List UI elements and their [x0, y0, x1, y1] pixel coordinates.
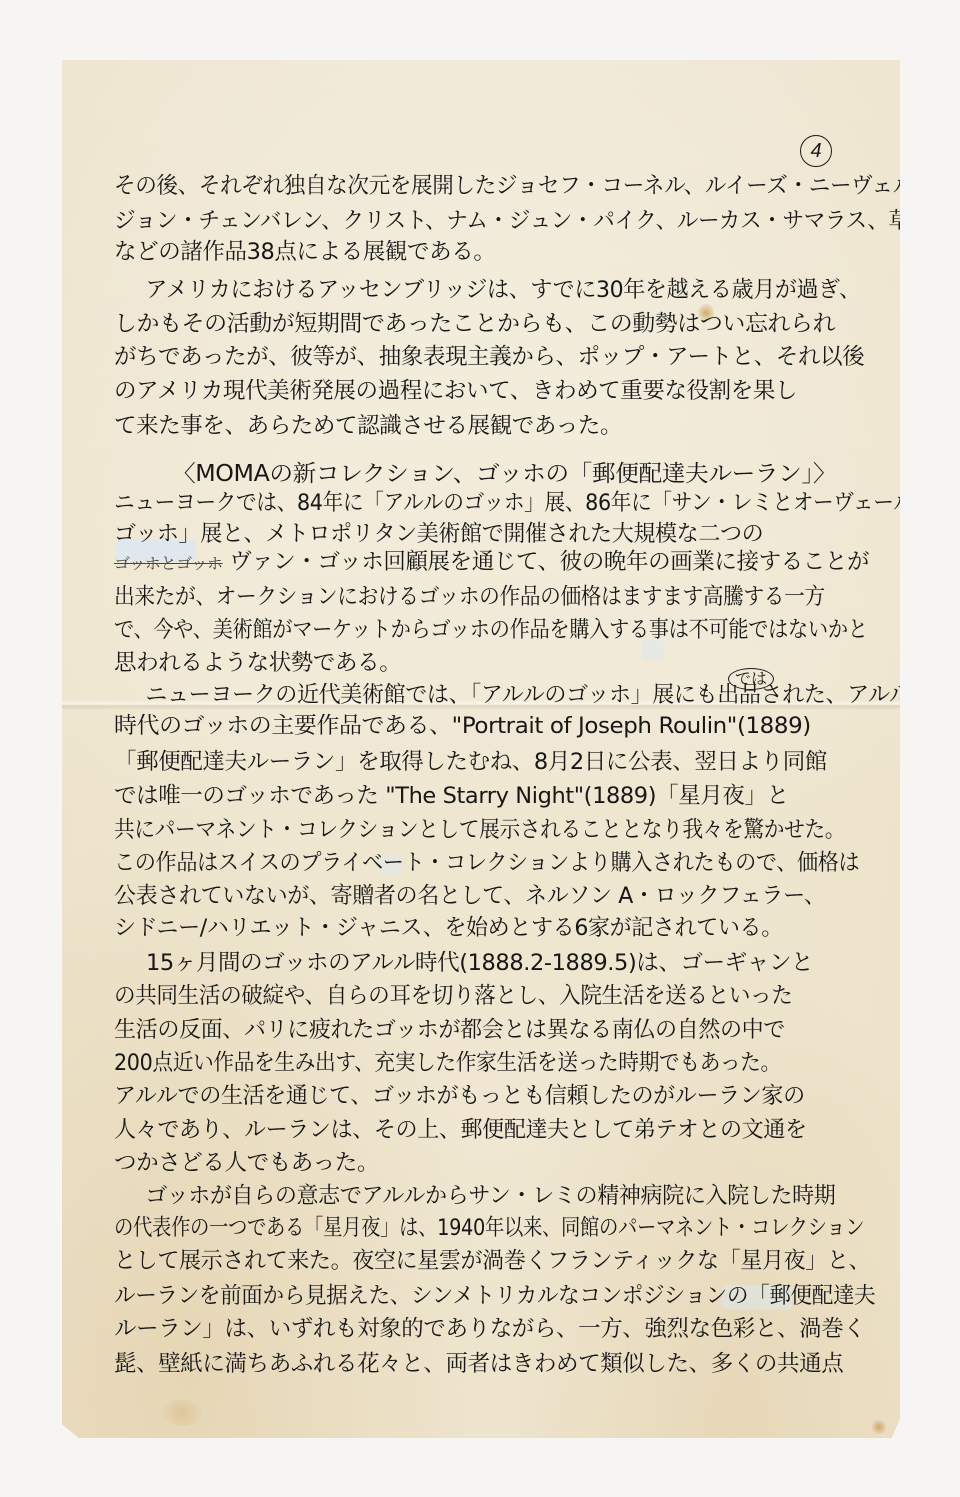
- text-line: として展示されて来た。夜空に星雲が渦巻くフランティックな「星月夜」と、: [114, 1243, 870, 1275]
- text-line: 時代のゴッホの主要作品である、"Portrait of Joseph Rouli…: [114, 708, 811, 740]
- text-line: シドニー/ハリエット・ジャニス、を始めとする6家が記されている。: [114, 910, 783, 942]
- text-line: アメリカにおけるアッセンブリッジは、すでに30年を越える歳月が過ぎ、: [114, 272, 861, 304]
- text-line: アルルでの生活を通じて、ゴッホがもっとも信頼したのがルーラン家の: [114, 1078, 805, 1110]
- text-line: 「郵便配達夫ルーラン」を取得したむね、8月2日に公表、翌日より同館: [114, 744, 827, 776]
- section-heading: 〈MOMAの新コレクション、ゴッホの「郵便配達夫ルーラン」〉: [172, 455, 836, 488]
- text-line: の代表作の一つである「星月夜」は、1940年以来、同館のパーマネント・コレクショ…: [114, 1210, 864, 1242]
- manuscript-page: 4 その後、それぞれ独自な次元を展開したジョセフ・コーネル、ルイーズ・ニーヴェル…: [62, 60, 900, 1438]
- stain-mark: [872, 1420, 886, 1434]
- text-line: て来た事を、あらためて認識させる展観であった。: [114, 408, 622, 440]
- text-line: 思われるような状勢である。: [114, 645, 401, 677]
- text-line: しかもその活動が短期間であったことからも、この動勢はつい忘れられ: [114, 306, 835, 338]
- text-line: がちであったが、彼等が、抽象表現主義から、ポップ・アートと、それ以後: [114, 339, 864, 371]
- text-line: などの諸作品38点による展観である。: [114, 234, 495, 266]
- text-line-content: ヴァン・ゴッホ回顧展を通じて、彼の晩年の画業に接することが: [229, 549, 869, 575]
- text-line: その後、それぞれ独自な次元を展開したジョセフ・コーネル、ルイーズ・ニーヴェルスン…: [114, 168, 960, 200]
- text-line: 200点近い作品を生み出す、充実した作家生活を送った時期でもあった。: [114, 1045, 781, 1077]
- text-line: で、今や、美術館がマーケットからゴッホの作品を購入する事は不可能ではないかと: [114, 612, 868, 644]
- page-number: 4: [800, 135, 832, 167]
- text-line: 髭、壁紙に満ちあふれる花々と、両者はきわめて類似した、多くの共通点: [114, 1346, 843, 1378]
- text-line: ニューヨークの近代美術館では、「アルルのゴッホ」展にも出品された、アルル: [114, 677, 911, 709]
- text-line: 生活の反面、パリに疲れたゴッホが都会とは異なる南仏の自然の中で: [114, 1012, 785, 1044]
- text-line: では唯一のゴッホであった "The Starry Night"(1889)「星月…: [114, 778, 789, 810]
- text-line: ルーランを前面から見据えた、シンメトリカルなコンポジションの「郵便配達夫: [114, 1278, 875, 1310]
- text-line: ゴッホとゴッホ ヴァン・ゴッホ回顧展を通じて、彼の晩年の画業に接することが: [114, 544, 869, 576]
- text-line: のアメリカ現代美術発展の過程において、きわめて重要な役割を果し: [114, 373, 797, 405]
- text-line: この作品はスイスのプライベート・コレクションより購入されたもので、価格は: [114, 845, 859, 877]
- text-line: 共にパーマネント・コレクションとして展示されることとなり我々を驚かせた。: [114, 812, 845, 844]
- text-line: ルーラン」は、いずれも対象的でありながら、一方、強烈な色彩と、渦巻く: [114, 1311, 865, 1343]
- text-line: 15ヶ月間のゴッホのアルル時代(1888.2-1889.5)は、ゴーギャンと: [114, 945, 813, 977]
- text-line: ゴッホが自らの意志でアルルからサン・レミの精神病院に入院した時期: [114, 1178, 835, 1210]
- text-line: 人々であり、ルーランは、その上、郵便配達夫として弟テオとの文通を: [114, 1112, 807, 1144]
- struck-out-text: ゴッホとゴッホ: [114, 554, 223, 573]
- text-line: ジョン・チェンバレン、クリスト、ナム・ジュン・パイク、ルーカス・サマラス、草間彌…: [114, 203, 960, 235]
- text-line: の共同生活の破綻や、自らの耳を切り落とし、入院生活を送るといった: [114, 978, 792, 1010]
- text-line: 出来たが、オークションにおけるゴッホの作品の価格はますます高騰する一方: [114, 579, 825, 611]
- text-line: つかさどる人でもあった。: [114, 1145, 379, 1177]
- text-line: ニューヨークでは、84年に「アルルのゴッホ」展、86年に「サン・レミとオーヴェー…: [114, 485, 934, 517]
- stain-mark: [162, 1400, 202, 1426]
- text-line: 公表されていないが、寄贈者の名として、ネルソン A・ロックフェラー、: [114, 878, 826, 910]
